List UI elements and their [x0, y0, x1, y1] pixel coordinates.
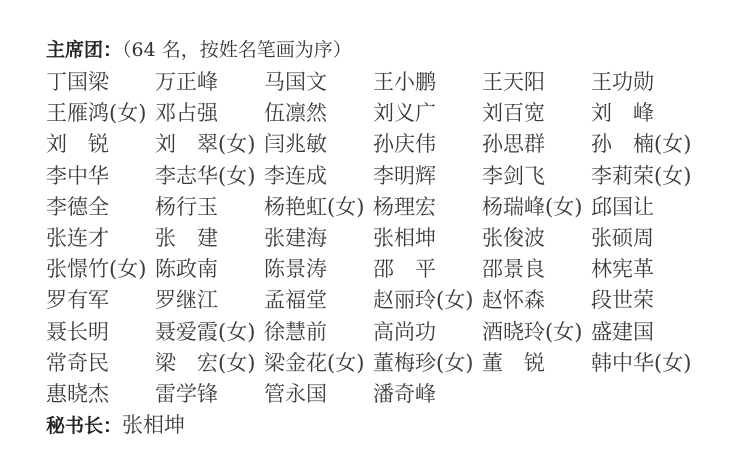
member-name: 董 锐: [482, 348, 591, 379]
member-name: 邵景良: [482, 254, 591, 285]
member-name: 盛建国: [591, 317, 700, 348]
member-name: 罗继江: [155, 285, 264, 316]
member-name: 常奇民: [46, 348, 155, 379]
member-name: 张俊波: [482, 223, 591, 254]
secretary-general-line: 秘书长：张相坤: [46, 410, 726, 441]
member-name: 张建海: [264, 223, 373, 254]
member-name: 潘奇峰: [373, 379, 482, 410]
presidium-note: （64 名，按姓名笔画为序）: [122, 39, 352, 61]
secretary-general-label: 秘书长：: [46, 415, 122, 437]
member-name: 邱国让: [591, 192, 700, 223]
member-name: 惠晓杰: [46, 379, 155, 410]
member-name: 张憬竹(女): [46, 254, 155, 285]
member-name: 李明辉: [373, 161, 482, 192]
member-name: 林宪革: [591, 254, 700, 285]
member-name: 聂爱霞(女): [155, 317, 264, 348]
member-name: 梁 宏(女): [155, 348, 264, 379]
member-name: 杨行玉: [155, 192, 264, 223]
member-name: 张相坤: [373, 223, 482, 254]
member-name: 刘 翠(女): [155, 129, 264, 160]
member-name: 徐慧前: [264, 317, 373, 348]
member-name: 孙庆伟: [373, 129, 482, 160]
member-name: 邵 平: [373, 254, 482, 285]
member-name: 陈政南: [155, 254, 264, 285]
member-name: 万正峰: [155, 67, 264, 98]
member-name: 刘 锐: [46, 129, 155, 160]
presidium-member-grid: 丁国梁 万正峰 马国文 王小鹏 王天阳 王功勋 王雁鸿(女) 邓占强 伍凛然 刘…: [46, 67, 726, 410]
member-name: 邓占强: [155, 98, 264, 129]
member-name: 孙 楠(女): [591, 129, 700, 160]
member-name: 管永国: [264, 379, 373, 410]
member-name: 王功勋: [591, 67, 700, 98]
member-name: 梁金花(女): [264, 348, 373, 379]
member-name: 马国文: [264, 67, 373, 98]
member-name: 罗有军: [46, 285, 155, 316]
member-name: 杨艳虹(女): [264, 192, 373, 223]
member-name: 闫兆敏: [264, 129, 373, 160]
member-name: 韩中华(女): [591, 348, 700, 379]
member-name: 雷学锋: [155, 379, 264, 410]
member-name: 李剑飞: [482, 161, 591, 192]
member-name: 张连才: [46, 223, 155, 254]
secretary-general-name: 张相坤: [122, 413, 185, 437]
member-name: 段世荣: [591, 285, 700, 316]
member-name: 酒晓玲(女): [482, 317, 591, 348]
member-name: 杨瑞峰(女): [482, 192, 591, 223]
member-name: 刘 峰: [591, 98, 700, 129]
member-name: 王天阳: [482, 67, 591, 98]
member-name: 伍凛然: [264, 98, 373, 129]
member-name: 赵怀森: [482, 285, 591, 316]
presidium-label: 主席团：: [46, 39, 122, 61]
member-name: 王雁鸿(女): [46, 98, 155, 129]
member-name: 李连成: [264, 161, 373, 192]
member-name: 李莉荣(女): [591, 161, 700, 192]
member-name: 李志华(女): [155, 161, 264, 192]
member-name: 陈景涛: [264, 254, 373, 285]
member-name: 张硕周: [591, 223, 700, 254]
member-name: 刘百宽: [482, 98, 591, 129]
member-name: 高尚功: [373, 317, 482, 348]
member-name: 刘义广: [373, 98, 482, 129]
member-name: 李德全: [46, 192, 155, 223]
member-name: 李中华: [46, 161, 155, 192]
member-name: 孟福堂: [264, 285, 373, 316]
name-list-document: 主席团：（64 名，按姓名笔画为序） 丁国梁 万正峰 马国文 王小鹏 王天阳 王…: [46, 36, 726, 441]
member-name: 张 建: [155, 223, 264, 254]
presidium-heading: 主席团：（64 名，按姓名笔画为序）: [46, 36, 726, 67]
member-name: 赵丽玲(女): [373, 285, 482, 316]
member-name: 聂长明: [46, 317, 155, 348]
member-name: 杨理宏: [373, 192, 482, 223]
member-name: 董梅珍(女): [373, 348, 482, 379]
member-name: 孙思群: [482, 129, 591, 160]
member-name: 王小鹏: [373, 67, 482, 98]
member-name: 丁国梁: [46, 67, 155, 98]
